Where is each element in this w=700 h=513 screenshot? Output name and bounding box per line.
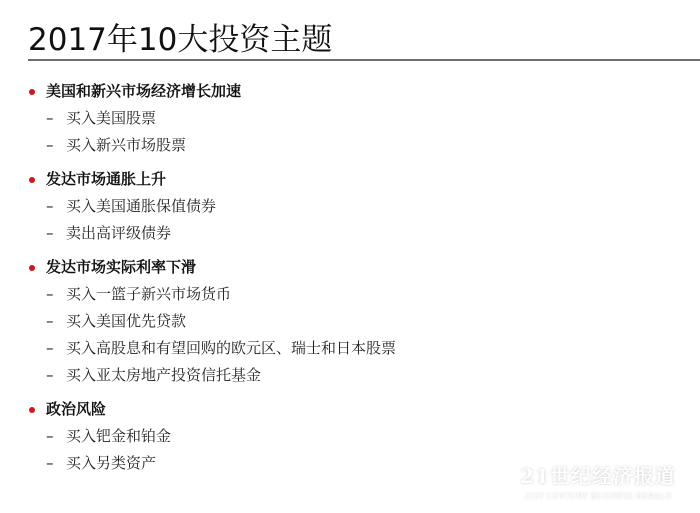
list-item: – 买入美国通胀保值债券 [0, 193, 700, 220]
red-bullet-icon [29, 265, 35, 271]
item-label: 买入一篮子新兴市场货币 [66, 281, 231, 308]
item-label: 买入高股息和有望回购的欧元区、瑞士和日本股票 [66, 335, 396, 362]
watermark-en: 21ST CENTURY BUSINESS HERALD [508, 491, 688, 501]
dash-icon: – [46, 335, 54, 362]
dash-icon: – [46, 308, 54, 335]
list-item: – 买入一篮子新兴市场货币 [0, 281, 700, 308]
item-label: 卖出高评级债券 [66, 220, 171, 247]
theme-label: 美国和新兴市场经济增长加速 [46, 78, 241, 105]
red-bullet-icon [29, 89, 35, 95]
publisher-watermark: 21世纪经济报道 21ST CENTURY BUSINESS HERALD [508, 460, 688, 501]
dash-icon: – [46, 193, 54, 220]
watermark-cn: 21世纪经济报道 [508, 460, 688, 489]
dash-icon: – [46, 220, 54, 247]
item-label: 买入钯金和铂金 [66, 423, 171, 450]
theme-heading: 美国和新兴市场经济增长加速 [0, 78, 700, 105]
item-label: 买入美国优先贷款 [66, 308, 186, 335]
list-item: – 买入美国股票 [0, 105, 700, 132]
list-item: – 买入亚太房地产投资信托基金 [0, 362, 700, 389]
theme-group: 美国和新兴市场经济增长加速 – 买入美国股票 – 买入新兴市场股票 [0, 78, 700, 159]
theme-heading: 发达市场实际利率下滑 [0, 254, 700, 281]
dash-icon: – [46, 423, 54, 450]
list-item: – 买入高股息和有望回购的欧元区、瑞士和日本股票 [0, 335, 700, 362]
theme-heading: 发达市场通胀上升 [0, 166, 700, 193]
red-bullet-icon [29, 177, 35, 183]
item-label: 买入另类资产 [66, 450, 156, 477]
theme-heading: 政治风险 [0, 396, 700, 423]
list-item: – 买入美国优先贷款 [0, 308, 700, 335]
dash-icon: – [46, 362, 54, 389]
page-title: 2017年10大投资主题 [28, 14, 332, 59]
red-bullet-icon [29, 407, 35, 413]
title-divider [28, 59, 700, 61]
theme-group: 发达市场通胀上升 – 买入美国通胀保值债券 – 卖出高评级债券 [0, 166, 700, 247]
list-item: – 买入钯金和铂金 [0, 423, 700, 450]
dash-icon: – [46, 450, 54, 477]
item-label: 买入美国通胀保值债券 [66, 193, 216, 220]
theme-label: 发达市场实际利率下滑 [46, 254, 196, 281]
dash-icon: – [46, 105, 54, 132]
list-item: – 卖出高评级债券 [0, 220, 700, 247]
theme-group: 发达市场实际利率下滑 – 买入一篮子新兴市场货币 – 买入美国优先贷款 – 买入… [0, 254, 700, 389]
dash-icon: – [46, 281, 54, 308]
dash-icon: – [46, 132, 54, 159]
item-label: 买入美国股票 [66, 105, 156, 132]
list-item: – 买入新兴市场股票 [0, 132, 700, 159]
theme-list: 美国和新兴市场经济增长加速 – 买入美国股票 – 买入新兴市场股票 发达市场通胀… [0, 78, 700, 484]
item-label: 买入亚太房地产投资信托基金 [66, 362, 261, 389]
theme-label: 发达市场通胀上升 [46, 166, 166, 193]
theme-label: 政治风险 [46, 396, 106, 423]
item-label: 买入新兴市场股票 [66, 132, 186, 159]
